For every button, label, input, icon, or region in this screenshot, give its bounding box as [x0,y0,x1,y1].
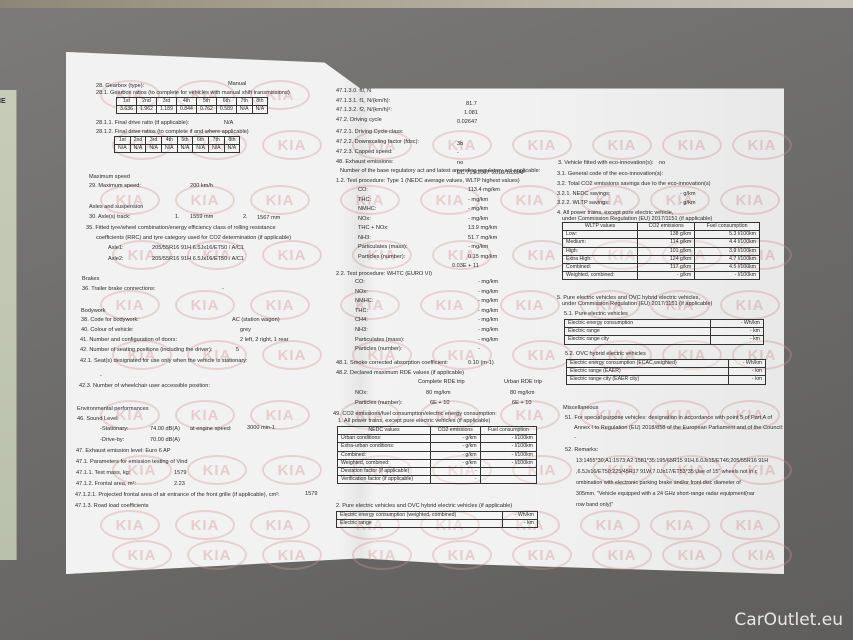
trailer-brake-value: - [222,287,224,293]
capped-speed-value: - [457,151,459,157]
axle-track-1-value: 1559 mm [190,215,213,221]
table-row: Electric energy consumption (ECAC,weight… [567,360,766,368]
table-cell: N/A [161,145,177,153]
table-cell: N/A [115,145,131,153]
table-cell: Weighted, combined: [563,272,638,280]
axle-track-1-num: 1. [175,215,180,221]
kia-logo-watermark: KIA [592,130,652,160]
emission-label: CH4: [355,318,368,324]
pure-electric-table: Electric energy consumption (weighted, c… [336,511,538,528]
table-row: High:101 g/km3.9 l/100km [563,247,760,255]
table-cell: - l/100km [480,451,536,459]
table-cell: N/A [177,145,193,153]
type1-label: 1.2. Test procedure: Type 1 (NEDC averag… [336,179,520,185]
emission-value: 113.4 mg/km [468,188,500,194]
nedc-savings-value: - g/km [680,192,696,198]
tyre-label-line1: 35. Fitted tyre/wheel combination/energy… [86,226,276,232]
bodywork-code-label: 38. Code for bodywork: [81,318,139,324]
kia-logo-watermark: KIA [262,340,322,370]
ovc-table: Electric energy consumption (ECAC,weight… [566,359,766,385]
table-header-cell: 8th [224,137,240,145]
table-row: Electric range (EAER)- km [567,368,766,376]
remarks-line: row band only)" [576,503,613,508]
eco-savings-label: 3.2. Total CO2 emissions savings due to … [557,182,711,188]
table-header-cell: 3rd [146,137,162,145]
table-cell: - l/100km [480,435,536,443]
remarks-label: 52. Remarks: [565,448,598,454]
seats-value: 5 [236,348,239,354]
table-header-cell: 1st [117,98,137,106]
emission-value: - mg/km [478,318,498,324]
table-cell: 1.962 [136,106,156,114]
emission-value: - mg/km [478,299,498,305]
emission-label: NH3: [358,236,371,242]
kia-logo-watermark: KIA [175,290,235,320]
road-load-label: 47.1.3. Road load coefficients [75,504,149,510]
doors-label: 41. Number and configuration of doors: [80,338,177,344]
driveby-label: -Drive-by: [100,438,124,444]
colour-value: grey [240,328,251,334]
rde-particles-urban: 6E + 10 [512,401,531,407]
rde-col-complete: Complete RDE trip [418,380,465,386]
table-cell: 4.7 l/100km [695,255,760,263]
table-cell: 3.636 [117,106,137,114]
table-row: Electric energy consumption (weighted, c… [337,512,538,520]
frontal-area-value: 2.23 [174,482,185,488]
smoke-value: 0.10 (m-1) [468,361,494,367]
emission-label: Particles (number): [358,255,405,261]
co2-label: 49. CO2 emissions/fuel consumption/elect… [333,412,497,418]
table-cell: - km [502,520,537,528]
table-cell: N/A [224,145,240,153]
env-heading: Environmental performances [77,407,149,413]
kia-logo-watermark: KIA [512,340,572,370]
kia-logo-watermark: KIA [420,290,480,320]
kia-logo-watermark: KIA [262,130,322,160]
axle1-value: 205/55R16 91H 6.5Jx16/ET50 / A/C1 [152,246,244,252]
emission-label: NMHC: [358,207,376,213]
table-cell: 5.3 l/100km [695,231,760,239]
table-row: Electric energy consumption- Wh/km [565,320,764,328]
final-drive-label: 28.1.1. Final drive ratio (if applicable… [96,121,189,127]
test-mass-value: 1579 [174,471,186,477]
engine-speed-value: 3000 min-1 [247,426,275,432]
kia-logo-watermark: KIA [512,130,572,160]
table-header-cell: 2nd [130,137,146,145]
gearbox-type-value: Manual [228,82,246,88]
table-cell: - Wh/km [728,360,765,368]
carOutlet-watermark: CarOutlet.eu [734,610,843,630]
table-row: Weighted, combined:- g/km- l/100km [338,459,537,467]
table-header-cell: 4th [161,137,177,145]
table-row: 1st2nd3rd4th5th6th7th8th [115,137,240,145]
table-row: 1st2nd3rd4th5th6th7th8th [117,98,268,106]
table-header-cell: 7th [236,98,252,106]
kia-logo-watermark: KIA [262,240,322,270]
smoke-label: 48.1. Smoke corrected absorption coeffic… [336,361,448,367]
table-header-cell: 3rd [156,98,176,106]
kia-logo-watermark: KIA [187,540,247,570]
table-cell: - g/km [431,451,481,459]
axle2-label: Axle2: [108,257,124,263]
rde-particles-complete: 6E + 10 [430,401,449,407]
test-mass-label: 47.1.1. Test mass, kg: [76,471,130,477]
stationary-label: -Stationary: [100,427,129,433]
table-cell: Electric range [565,328,711,336]
table-row: Verification factor (if applicable)- [338,476,537,484]
rde-particles-label: Particles (number): [355,401,402,407]
whtc-label: 2.2. Test procedure: WHTC (EURO VI) [336,272,432,278]
ovc-sub: 5.2. OVC hybrid electric vehicles [565,352,646,358]
rde-col-urban: Urban RDE trip [504,380,542,386]
kia-logo-watermark: KIA [732,130,792,160]
wltp-table: WLTP valuesCO2 emissionsFuel consumption… [562,222,760,280]
table-header-cell: Fuel consumption [695,223,760,231]
emission-value: - mg/km [478,338,498,344]
kia-logo-watermark: KIA [720,185,780,215]
background-card-left: IE [0,90,17,560]
emission-value: - mg/km [478,328,498,334]
emission-label: NH3: [355,328,368,334]
table-row: Deviation factor (if applicable)- [338,468,537,476]
frontal-area-label: 47.1.2. Frontal area, m²: [76,482,136,488]
exhaust-label: 48. Exhaust emissions: [336,160,394,166]
kia-logo-watermark: KIA [580,510,640,540]
remarks-line: ,6.5Jx16/ET50;225/45R17 91W,7.0Jx17/ET53… [576,470,757,475]
table-cell: Extra High: [563,255,638,263]
table-cell: - [431,468,481,476]
table-cell: Weighted, combined: [338,459,431,467]
final-drive-ratios-label: 28.1.2. Final drive ratios (to complete … [96,130,249,136]
table-row: Weighted, combined:- g/km- l/100km [563,272,760,280]
table-cell: 0.762 [196,106,216,114]
projected-area-value: 1579 [305,492,317,498]
stationary-seats-value: - [100,374,102,380]
table-row: Electric range city (EAER city)- km [567,376,766,384]
rde-nox-label: NOx: [355,391,368,397]
table-cell: Electric range (EAER) [567,368,729,376]
kia-logo-watermark: KIA [262,540,322,570]
pev-sub: 5.1. Pure electric vehicles [564,312,628,318]
eco-code-label: 3.1. General code of the eco-innovation(… [557,172,663,178]
kia-logo-watermark: KIA [100,290,160,320]
table-cell: - km [728,376,765,384]
emission-label: THC: [355,309,368,315]
table-cell: Electric energy consumption (ECAC,weight… [567,360,729,368]
table-cell: Urban conditions: [338,435,431,443]
colour-label: 40. Colour of vehicle: [81,328,134,334]
table-row: Medium:114 g/km4.4 l/100km [563,239,760,247]
kia-logo-watermark: KIA [250,510,310,540]
special-purpose-line2: Annex I to Regulation (EU) 2018/858 of t… [574,426,783,432]
table-row: WLTP valuesCO2 emissionsFuel consumption [563,223,760,231]
emission-value: - mg/km [468,207,488,213]
table-row: Electric range- km [337,520,538,528]
misc-heading: Miscellaneous [563,406,598,412]
emission-value: 13.9 mg/km [468,226,497,232]
emission-label: THC: [358,198,371,204]
table-header-cell: 6th [216,98,236,106]
co2-sub-label: 1. All power trains, except pure electri… [338,419,490,425]
kia-logo-watermark: KIA [432,540,492,570]
vind-label: 47.1. Parameters for emission testing of… [76,460,188,466]
table-row: Electric range- km [565,328,764,336]
max-speed-heading: Maximum speed [89,175,130,181]
projected-area-label: 47.1.2.1. Projected frontal area of air … [75,493,280,499]
table-header-cell: CO2 emissions [638,223,695,231]
tyre-label-line2: coefficients (RRC) and tyre category use… [96,236,291,242]
table-row: Electric range city- km [565,336,764,344]
axle-track-2-num: 2. [243,215,248,221]
wheelchair-label: 42.3. Number of wheelchair user accessib… [79,384,210,390]
table-header-cell: 4th [176,98,196,106]
capped-speed-label: 47.2.3. Capped speed: [336,150,393,156]
wltp-savings-label: 3.2.2. WLTP savings: [557,201,610,207]
driveby-value: 70.00 dB(A) [150,438,180,444]
table-header-cell: CO2 emissions [431,427,481,435]
emission-level: 47. Exhaust emission level: Euro 6 AP [76,449,171,455]
trailer-brake-label: 36. Trailer brake connections: [82,287,155,293]
kia-logo-watermark: KIA [187,455,247,485]
kia-logo-watermark: KIA [512,540,572,570]
table-cell: - g/km [638,272,695,280]
table-cell: Deviation factor (if applicable) [338,468,431,476]
table-cell: N/A [208,145,224,153]
bodywork-code-value: AC (station wagon) [232,318,280,324]
table-cell [480,476,536,484]
kia-logo-watermark: KIA [720,510,780,540]
table-cell: High: [563,247,638,255]
table-cell: 0.589 [216,106,236,114]
rde-nox-urban: 80 mg/km [510,391,535,397]
table-cell: Electric range [337,520,503,528]
emission-value: 51.7 mg/km [468,236,497,242]
axle2-value: 205/55R16 91H 6.5Jx16/ET50 / A/C1 [152,257,244,263]
kia-logo-watermark: KIA [500,185,560,215]
table-cell: - km [710,328,763,336]
table-cell: 4.5 l/100km [695,264,760,272]
kia-logo-watermark: KIA [250,290,310,320]
table-cell: N/A [193,145,209,153]
f0-label: 47.1.3.0. f0, N [336,89,371,95]
cycle-class-label: 47.2.1. Driving Cycle class: [336,130,403,136]
f2-label: 47.1.3.2. f2, N/(km/h)²: [336,108,392,114]
brakes-heading: Brakes [82,277,99,283]
kia-logo-watermark: KIA [187,340,247,370]
background-object-top [0,0,853,8]
nedc-savings-label: 3.2.1. NEDC savings: [557,192,610,198]
side-card-label: IE [0,98,6,105]
emission-label: NMHC: [355,299,373,305]
pev-heading-2: under Commission Regulation (EU) 2017/11… [562,302,712,308]
emission-label: Particulates (mass): [358,245,407,251]
seats-label: 42. Number of seating positions (includi… [80,348,212,354]
emission-label: THC + NOx: [358,226,389,232]
table-cell: Electric range city (EAER city) [567,376,729,384]
table-header-cell: Fuel consumption [480,427,536,435]
table-row: Low:138 g/km5.3 l/100km [563,231,760,239]
f1-value: 81.7 [466,102,477,108]
table-cell: 114 g/km [638,239,695,247]
table-cell: N/A [130,145,146,153]
table-header-cell: 2nd [136,98,156,106]
table-header-cell: 6th [193,137,209,145]
kia-logo-watermark: KIA [500,290,560,320]
emission-label: Particles (number): [355,347,402,353]
stationary-value: 74.00 dB(A) [150,427,180,433]
f2-value: 1.081 [464,111,478,117]
table-cell: - km [728,368,765,376]
kia-logo-watermark: KIA [340,290,400,320]
type1-particles-number: 0.03E + 11 [452,264,479,270]
emission-value: 0.15 mg/km [468,255,497,261]
emission-label: NOx: [355,290,368,296]
remarks-line: 305mm. "Vehicle equipped with a 24 GHz s… [576,492,755,497]
doors-value: 2 left, 2 right, 1 rear [240,338,289,344]
emission-value: - mg/km [478,280,498,286]
wltp-savings-value: - g/km [680,201,696,207]
final-drive-value: N/A [224,121,233,127]
emission-label: NOx: [358,217,371,223]
table-cell: 101 g/km [638,247,695,255]
eco-value: no [659,161,665,167]
table-cell: Electric range city [565,336,711,344]
remarks-line: 13:1455*30;A1:1573;A2:1581*35:195/65R15 … [576,459,768,464]
regulatory-value: EC 715/2007*2018/1832AP [457,171,526,177]
gearbox-ratios-label: 28.1. Gearbox ratios (to complete for ve… [96,91,290,97]
axle1-label: Axle1: [108,246,124,252]
kia-logo-watermark: KIA [100,510,160,540]
axle-track-2-value: 1567 mm [257,216,280,222]
table-row: Combined:117 g/km4.5 l/100km [563,264,760,272]
special-purpose-line1: 51. For special purpose vehicles: design… [565,416,772,422]
bodywork-heading: Bodywork [81,309,106,315]
emission-value: - mg/km [468,217,488,223]
kia-logo-watermark: KIA [592,540,652,570]
axles-heading: Axles and suspension [89,205,143,211]
kia-logo-watermark: KIA [175,510,235,540]
rde-nox-complete: 80 mg/km [426,391,451,397]
downscaling-value: 3b [457,142,463,148]
table-cell: - km [710,336,763,344]
driving-cycle-label: 47.2. Driving cycle [336,118,382,124]
table-cell: 3.9 l/100km [695,247,760,255]
table-cell: - Wh/km [502,512,537,520]
kia-logo-watermark: KIA [112,340,172,370]
nedc-table: NEDC valuesCO2 emissionsFuel consumption… [337,426,537,484]
emission-value: - mg/km [468,198,488,204]
table-cell: - l/100km [695,272,760,280]
exhaust-value: no [457,161,463,167]
table-cell: - l/100km [480,459,536,467]
driving-cycle-value: 0.02647 [457,120,477,126]
table-cell: 117 g/km [638,264,695,272]
kia-logo-watermark: KIA [650,510,710,540]
table-cell: - [431,476,481,484]
kia-logo-watermark: KIA [732,540,792,570]
kia-logo-watermark: KIA [262,455,322,485]
table-cell: - l/100km [480,443,536,451]
table-row: Extra High:124 g/km4.7 l/100km [563,255,760,263]
table-cell: Extra-urban conditions: [338,443,431,451]
table-cell [480,468,536,476]
final-drive-ratios-table: 1st2nd3rd4th5th6th7th8thN/AN/AN/AN/AN/AN… [114,136,240,153]
kia-logo-watermark: KIA [112,540,172,570]
gearbox-ratios-table: 1st2nd3rd4th5th6th7th8th3.6361.9621.1890… [116,97,268,114]
table-cell: Electric energy consumption [565,320,711,328]
kia-logo-watermark: KIA [662,130,722,160]
table-header-cell: 1st [115,137,131,145]
downscaling-label: 47.2.2. Downscaling factor (fdsc): [336,140,419,146]
eco-label: 3. Vehicle fitted with eco-innovation(s)… [558,161,653,167]
table-row: Urban conditions:- g/km- l/100km [338,435,537,443]
special-purpose-value: - [574,436,576,442]
table-cell: - g/km [431,459,481,467]
emission-value: - mg/km [478,309,498,315]
remarks-line: ombination with electronic parking brake… [576,481,741,486]
axle-track-label: 30. Axle(s) track: [89,215,131,221]
stationary-seats-label: 42.1. Seat(s) designated for use only wh… [80,359,248,365]
gearbox-type-label: 28. Gearbox (type): [96,84,144,90]
table-header-cell: 5th [177,137,193,145]
table-cell: Medium: [563,239,638,247]
kia-logo-watermark: KIA [352,540,412,570]
emission-value: - [478,347,480,353]
table-row: N/AN/AN/AN/AN/AN/AN/AN/A [115,145,240,153]
table-cell: Electric energy consumption (weighted, c… [337,512,503,520]
table-cell: 1.189 [156,106,176,114]
kia-logo-watermark: KIA [662,540,722,570]
pure-electric-label: 2. Pure electric vehicles and OVC hybrid… [336,504,512,510]
rde-label: 48.2. Declared maximum RDE values (if ap… [336,371,464,377]
table-cell: N/A [236,106,252,114]
kia-logo-watermark: KIA [720,290,780,320]
table-header-cell: WLTP values [563,223,638,231]
engine-speed-label: at engine speed: [190,427,231,433]
emission-label: CO: [355,280,365,286]
table-cell: 4.4 l/100km [695,239,760,247]
max-speed-value: 200 km/h [190,184,213,190]
table-row: 3.6361.9621.1890.8440.7620.589N/AN/A [117,106,268,114]
eco-code-value: - [658,172,660,178]
pev-table: Electric energy consumption- Wh/kmElectr… [564,319,764,345]
table-header-cell: NEDC values [338,427,431,435]
sound-level-label: 46. Sound Level [77,417,117,423]
table-cell: 138 g/km [638,231,695,239]
table-cell: - Wh/km [710,320,763,328]
table-row: Extra-urban conditions:- g/km- l/100km [338,443,537,451]
emission-label: CO: [358,188,368,194]
kia-logo-watermark: KIA [250,185,310,215]
table-cell: - g/km [431,443,481,451]
table-cell: N/A [146,145,162,153]
table-cell: Low: [563,231,638,239]
table-cell: Combined: [338,451,431,459]
f1-label: 47.1.3.1. f1, N/(km/h): [336,99,390,105]
table-cell: 0.844 [176,106,196,114]
table-cell: Verification factor (if applicable) [338,476,431,484]
table-header-cell: 7th [208,137,224,145]
table-row: Combined:- g/km- l/100km [338,451,537,459]
emission-label: Particulates (mass): [355,338,404,344]
table-row: NEDC valuesCO2 emissionsFuel consumption [338,427,537,435]
emission-value: - mg/km [468,245,488,251]
table-cell: Combined: [563,264,638,272]
table-cell: - g/km [431,435,481,443]
table-header-cell: 5th [196,98,216,106]
table-cell: 124 g/km [638,255,695,263]
max-speed-label: 29. Maximum speed: [89,184,141,190]
